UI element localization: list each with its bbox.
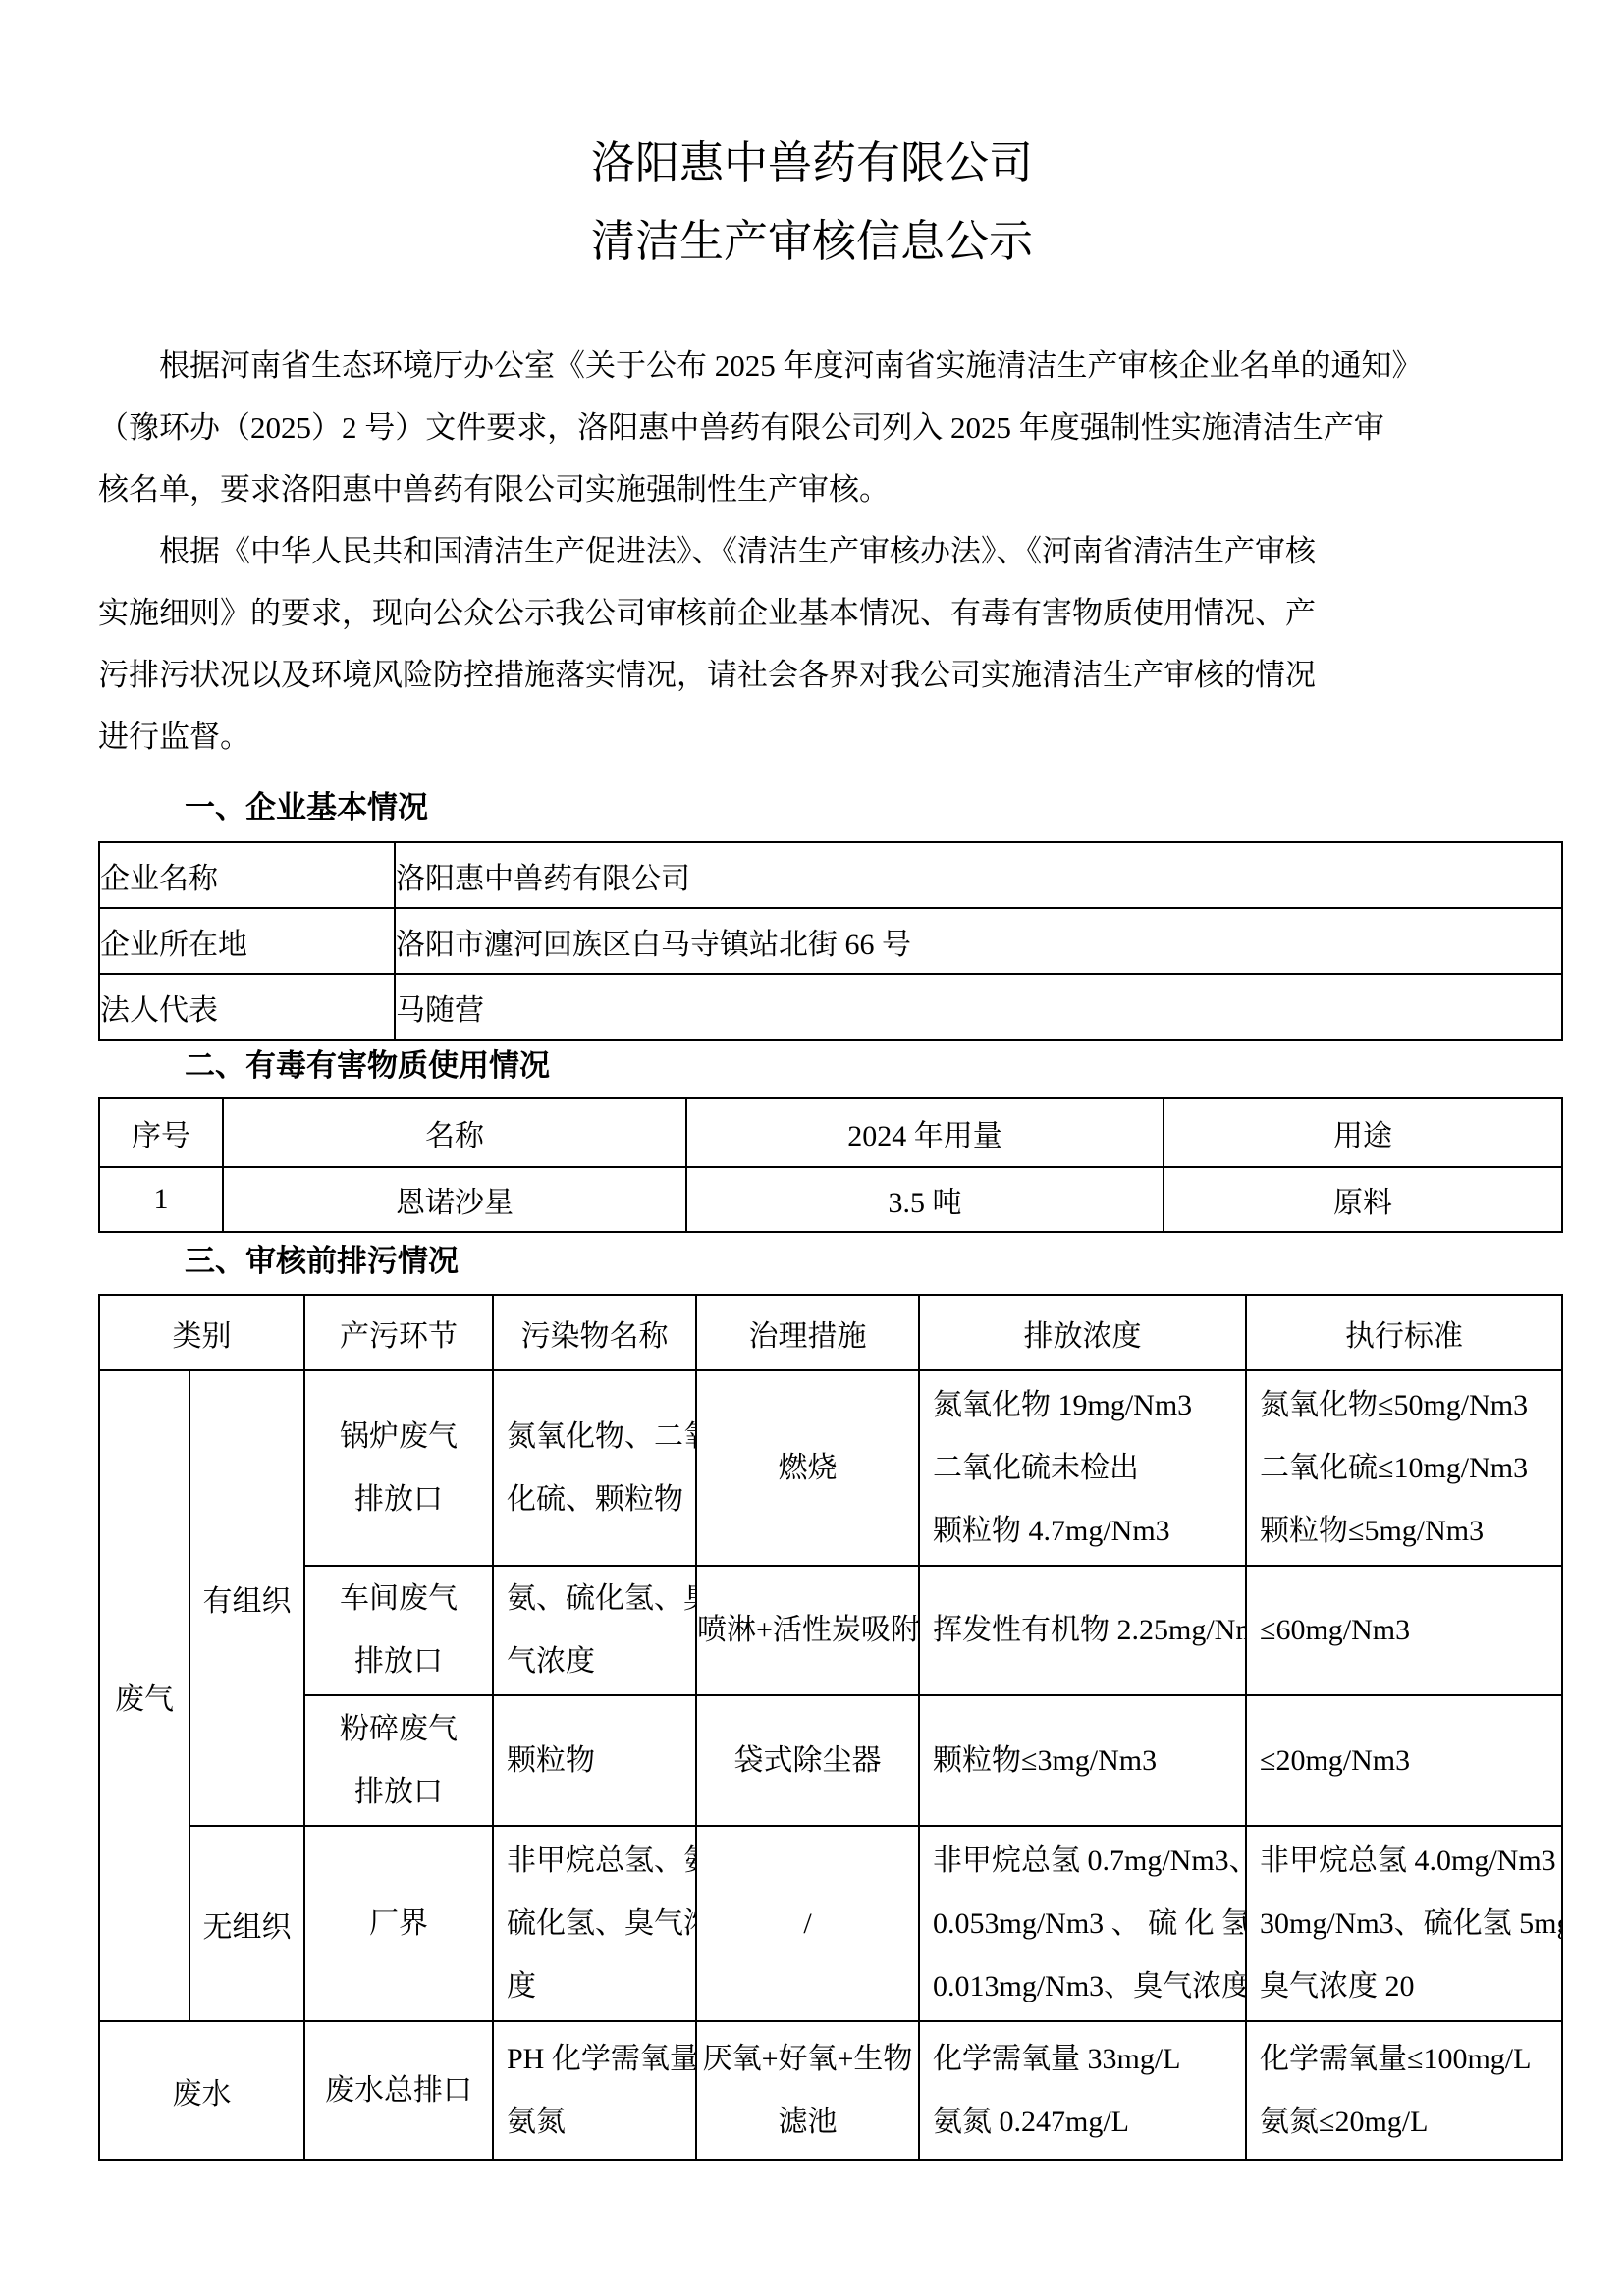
pollutant-crushing: 颗粒物 bbox=[493, 1695, 696, 1826]
table-row-crushing: 粉碎废气排放口 颗粒物 袋式除尘器 颗粒物≤3mg/Nm3 ≤20mg/Nm3 bbox=[99, 1695, 1562, 1826]
company-location-value: 洛阳市瀍河回族区白马寺镇站北街 66 号 bbox=[395, 908, 1562, 974]
substance-usage: 原料 bbox=[1164, 1167, 1562, 1232]
legal-rep-value: 马随营 bbox=[395, 974, 1562, 1040]
stage-boiler-outlet: 锅炉废气排放口 bbox=[304, 1370, 493, 1566]
col-header-concentration: 排放浓度 bbox=[919, 1295, 1246, 1370]
paragraph-1: 根据河南省生态环境厅办公室《关于公布 2025 年度河南省实施清洁生产审核企业名… bbox=[98, 335, 1561, 520]
category-waste-gas: 废气 bbox=[99, 1370, 189, 2021]
col-header-stage: 产污环节 bbox=[304, 1295, 493, 1370]
section-heading-3: 三、审核前排污情况 bbox=[98, 1230, 1561, 1292]
treatment-wastewater: 厌氧+好氧+生物滤池 bbox=[696, 2021, 919, 2160]
pollutant-wastewater: PH 化学需氧量氨氮 bbox=[493, 2021, 696, 2160]
standard-workshop: ≤60mg/Nm3 bbox=[1246, 1566, 1562, 1695]
pollutant-workshop: 氨、硫化氢、臭气浓度 bbox=[493, 1566, 696, 1695]
substance-table: 序号 名称 2024 年用量 用途 1 恩诺沙星 3.5 吨 原料 bbox=[98, 1097, 1563, 1233]
substance-amount: 3.5 吨 bbox=[686, 1167, 1164, 1232]
standard-boiler: 氮氧化物≤50mg/Nm3二氧化硫≤10mg/Nm3颗粒物≤5mg/Nm3 bbox=[1246, 1370, 1562, 1566]
section-heading-2: 二、有毒有害物质使用情况 bbox=[98, 1035, 1561, 1096]
table-header-row: 序号 名称 2024 年用量 用途 bbox=[99, 1098, 1562, 1167]
table-row-boiler: 废气 有组织 锅炉废气排放口 氮氧化物、二氧化硫、颗粒物 燃烧 氮氧化物 19m… bbox=[99, 1370, 1562, 1566]
company-name-label: 企业名称 bbox=[99, 842, 395, 908]
discharge-table: 类别 产污环节 污染物名称 治理措施 排放浓度 执行标准 废气 有组织 锅炉废气… bbox=[98, 1294, 1563, 2161]
legal-rep-label: 法人代表 bbox=[99, 974, 395, 1040]
pollutant-boiler: 氮氧化物、二氧化硫、颗粒物 bbox=[493, 1370, 696, 1566]
substance-name: 恩诺沙星 bbox=[223, 1167, 686, 1232]
table-row: 企业所在地 洛阳市瀍河回族区白马寺镇站北街 66 号 bbox=[99, 908, 1562, 974]
concentration-crushing: 颗粒物≤3mg/Nm3 bbox=[919, 1695, 1246, 1826]
body-text: 根据河南省生态环境厅办公室《关于公布 2025 年度河南省实施清洁生产审核企业名… bbox=[98, 335, 1561, 768]
col-header-standard: 执行标准 bbox=[1246, 1295, 1562, 1370]
col-header-category: 类别 bbox=[99, 1295, 304, 1370]
table-row-workshop: 车间废气排放口 氨、硫化氢、臭气浓度 喷淋+活性炭吸附 挥发性有机物 2.25m… bbox=[99, 1566, 1562, 1695]
col-header-usage: 用途 bbox=[1164, 1098, 1562, 1167]
concentration-boundary: 非甲烷总氢 0.7mg/Nm3、氨0.053mg/Nm3 、 硫 化 氢0.01… bbox=[919, 1826, 1246, 2021]
company-info-table: 企业名称 洛阳惠中兽药有限公司 企业所在地 洛阳市瀍河回族区白马寺镇站北街 66… bbox=[98, 841, 1563, 1041]
company-location-label: 企业所在地 bbox=[99, 908, 395, 974]
table-header-row: 类别 产污环节 污染物名称 治理措施 排放浓度 执行标准 bbox=[99, 1295, 1562, 1370]
col-header-pollutant: 污染物名称 bbox=[493, 1295, 696, 1370]
treatment-workshop: 喷淋+活性炭吸附 bbox=[696, 1566, 919, 1695]
treatment-boundary: / bbox=[696, 1826, 919, 2021]
table-row: 法人代表 马随营 bbox=[99, 974, 1562, 1040]
table-row: 企业名称 洛阳惠中兽药有限公司 bbox=[99, 842, 1562, 908]
stage-boundary: 厂界 bbox=[304, 1826, 493, 2021]
company-name-value: 洛阳惠中兽药有限公司 bbox=[395, 842, 1562, 908]
pollutant-boundary: 非甲烷总氢、氨、硫化氢、臭气浓度 bbox=[493, 1826, 696, 2021]
table-row-wastewater: 废水 废水总排口 PH 化学需氧量氨氮 厌氧+好氧+生物滤池 化学需氧量 33m… bbox=[99, 2021, 1562, 2160]
subcategory-organized: 有组织 bbox=[189, 1370, 304, 1826]
stage-crushing-outlet: 粉碎废气排放口 bbox=[304, 1695, 493, 1826]
table-row-boundary: 无组织 厂界 非甲烷总氢、氨、硫化氢、臭气浓度 / 非甲烷总氢 0.7mg/Nm… bbox=[99, 1826, 1562, 2021]
col-header-amount: 2024 年用量 bbox=[686, 1098, 1164, 1167]
concentration-boiler: 氮氧化物 19mg/Nm3二氧化硫未检出颗粒物 4.7mg/Nm3 bbox=[919, 1370, 1246, 1566]
document-page: 洛阳惠中兽药有限公司清洁生产审核信息公示 根据河南省生态环境厅办公室《关于公布 … bbox=[0, 0, 1624, 2296]
category-wastewater: 废水 bbox=[99, 2021, 304, 2160]
subcategory-unorganized: 无组织 bbox=[189, 1826, 304, 2021]
standard-boundary: 非甲烷总氢 4.0mg/Nm3 、氨30mg/Nm3、硫化氢 5mg/Nm3、臭… bbox=[1246, 1826, 1562, 2021]
substance-no: 1 bbox=[99, 1167, 223, 1232]
table-row: 1 恩诺沙星 3.5 吨 原料 bbox=[99, 1167, 1562, 1232]
treatment-crushing: 袋式除尘器 bbox=[696, 1695, 919, 1826]
col-header-treatment: 治理措施 bbox=[696, 1295, 919, 1370]
col-header-name: 名称 bbox=[223, 1098, 686, 1167]
section-heading-1: 一、企业基本情况 bbox=[98, 776, 1561, 838]
paragraph-2: 根据《中华人民共和国清洁生产促进法》、《清洁生产审核办法》、《河南省清洁生产审核… bbox=[98, 520, 1561, 768]
standard-crushing: ≤20mg/Nm3 bbox=[1246, 1695, 1562, 1826]
concentration-wastewater: 化学需氧量 33mg/L氨氮 0.247mg/L bbox=[919, 2021, 1246, 2160]
treatment-boiler: 燃烧 bbox=[696, 1370, 919, 1566]
stage-workshop-outlet: 车间废气排放口 bbox=[304, 1566, 493, 1695]
concentration-workshop: 挥发性有机物 2.25mg/Nm3 bbox=[919, 1566, 1246, 1695]
document-title: 洛阳惠中兽药有限公司清洁生产审核信息公示 bbox=[0, 124, 1624, 281]
stage-wastewater-outlet: 废水总排口 bbox=[304, 2021, 493, 2160]
standard-wastewater: 化学需氧量≤100mg/L氨氮≤20mg/L bbox=[1246, 2021, 1562, 2160]
col-header-no: 序号 bbox=[99, 1098, 223, 1167]
